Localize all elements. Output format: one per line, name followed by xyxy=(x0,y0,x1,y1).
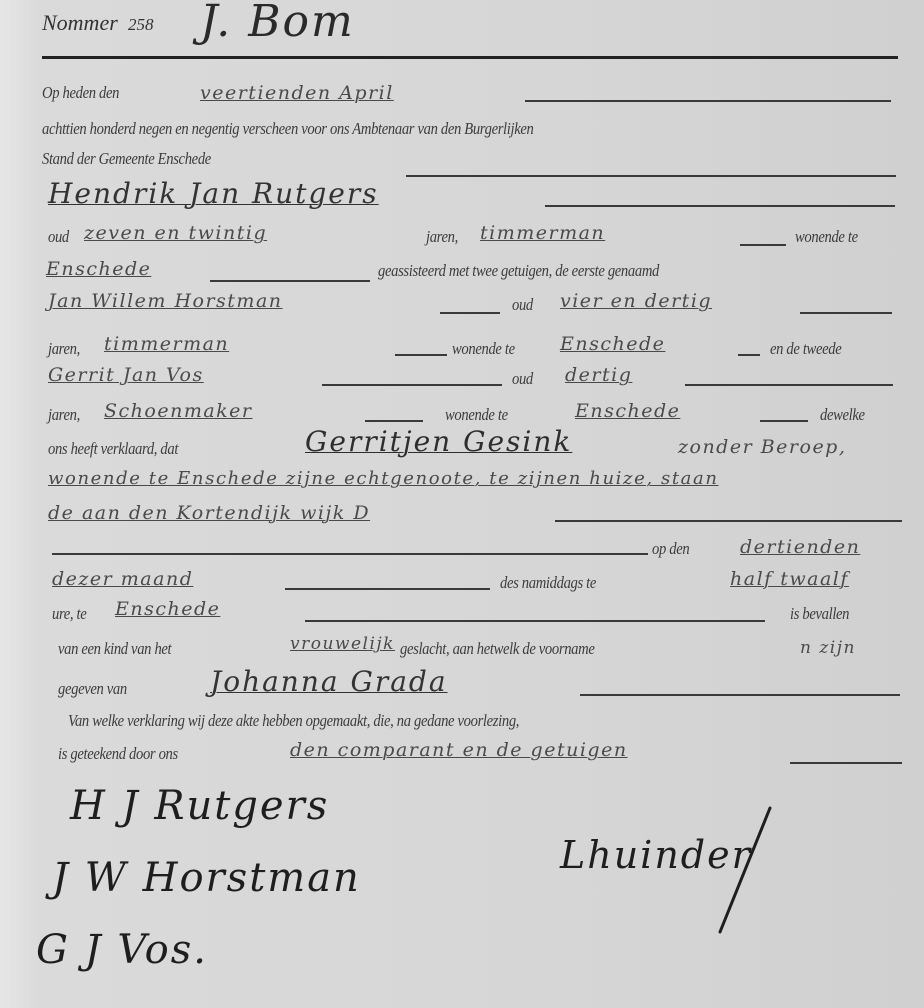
witness1-occupation: timmerman xyxy=(104,335,229,354)
text-en-de-tweede: en de tweede xyxy=(770,340,841,357)
birth-day: dertienden xyxy=(740,538,860,557)
nommer-value: 258 xyxy=(128,16,154,33)
fill-line xyxy=(305,620,765,622)
fill-line xyxy=(580,694,900,696)
witness2-age: dertig xyxy=(565,366,632,385)
header-rule xyxy=(42,56,898,59)
header-initials-signature: J. Bom xyxy=(200,0,355,44)
father-name: Hendrik Jan Rutgers xyxy=(48,180,379,208)
fill-line xyxy=(365,420,423,422)
mother-occupation: zonder Beroep, xyxy=(678,438,846,457)
text-voornamen-zijn: n zijn xyxy=(800,640,856,657)
child-name: Johanna Grada xyxy=(210,668,448,696)
date-day-month: veertienden April xyxy=(200,84,394,103)
text-dewelke: dewelke xyxy=(820,406,865,423)
fill-line xyxy=(322,384,502,386)
text-wonende-te: wonende te xyxy=(795,228,858,245)
text-oud: oud xyxy=(48,228,69,245)
witness2-name: Gerrit Jan Vos xyxy=(48,366,204,385)
fill-line xyxy=(406,175,896,177)
text-van-welke-verklaring: Van welke verklaring wij deze akte hebbe… xyxy=(68,712,519,729)
fill-line xyxy=(790,762,902,764)
text-oud: oud xyxy=(512,370,533,387)
text-jaren: jaren, xyxy=(48,406,80,423)
text-ons-heeft-verklaard: ons heeft verklaard, dat xyxy=(48,440,178,457)
fill-line xyxy=(740,244,786,246)
text-ure-te: ure, te xyxy=(52,605,86,622)
fill-line xyxy=(685,384,893,386)
text-op-den: op den xyxy=(652,540,689,557)
text-des-namiddags: des namiddags te xyxy=(500,574,596,591)
fill-line xyxy=(760,420,808,422)
fill-line xyxy=(800,312,892,314)
father-occupation: timmerman xyxy=(480,224,605,243)
text-jaren: jaren, xyxy=(48,340,80,357)
text-op-heden: Op heden den xyxy=(42,84,119,101)
birth-certificate-page: Nommer 258 J. Bom Op heden den veertiend… xyxy=(0,0,924,1008)
birth-month: dezer maand xyxy=(52,570,193,589)
fill-line xyxy=(555,520,902,522)
fill-line xyxy=(545,205,895,207)
text-is-geteekend: is geteekend door ons xyxy=(58,745,178,762)
mother-residence-clause: wonende te Enschede zijne echtgenoote, t… xyxy=(48,470,719,488)
text-is-bevallen: is bevallen xyxy=(790,605,849,622)
witness1-residence: Enschede xyxy=(560,335,665,354)
text-geslacht: geslacht, aan hetwelk de voorname xyxy=(400,640,594,657)
text-year-clause: achttien honderd negen en negentig versc… xyxy=(42,120,533,137)
mother-name: Gerritjen Gesink xyxy=(305,428,572,456)
father-age: zeven en twintig xyxy=(84,224,267,243)
text-wonende-te: wonende te xyxy=(452,340,515,357)
witness1-name: Jan Willem Horstman xyxy=(48,292,283,311)
fill-line xyxy=(52,553,648,555)
text-wonende-te: wonende te xyxy=(445,406,508,423)
fill-line xyxy=(285,588,490,590)
fill-line xyxy=(395,354,447,356)
witness1-age: vier en dertig xyxy=(560,292,712,311)
birth-time: half twaalf xyxy=(730,570,849,589)
witness2-occupation: Schoenmaker xyxy=(104,402,253,421)
fill-line xyxy=(210,280,370,282)
registrar-flourish-icon xyxy=(700,800,780,940)
fill-line xyxy=(440,312,500,314)
birth-place: Enschede xyxy=(115,600,220,619)
text-van-een-kind: van een kind van het xyxy=(58,640,171,657)
signature-witness2: G J Vos. xyxy=(36,930,208,970)
signature-father: H J Rutgers xyxy=(70,786,329,826)
text-jaren: jaren, xyxy=(426,228,458,245)
witness2-residence: Enschede xyxy=(575,402,680,421)
signatories-clause: den comparant en de getuigen xyxy=(290,741,628,760)
text-oud: oud xyxy=(512,296,533,313)
fill-line xyxy=(738,354,760,356)
birth-location: de aan den Kortendijk wijk D xyxy=(48,504,370,523)
text-geassisteerd: geassisteerd met twee getuigen, de eerst… xyxy=(378,262,659,279)
nommer-label: Nommer xyxy=(42,12,118,34)
signature-witness1: J W Horstman xyxy=(52,858,361,898)
child-sex: vrouwelijk xyxy=(290,636,395,653)
fill-line xyxy=(525,100,891,102)
text-gegeven-van: gegeven van xyxy=(58,680,127,697)
father-residence: Enschede xyxy=(46,260,151,279)
text-stand-gemeente: Stand der Gemeente Enschede xyxy=(42,150,211,167)
